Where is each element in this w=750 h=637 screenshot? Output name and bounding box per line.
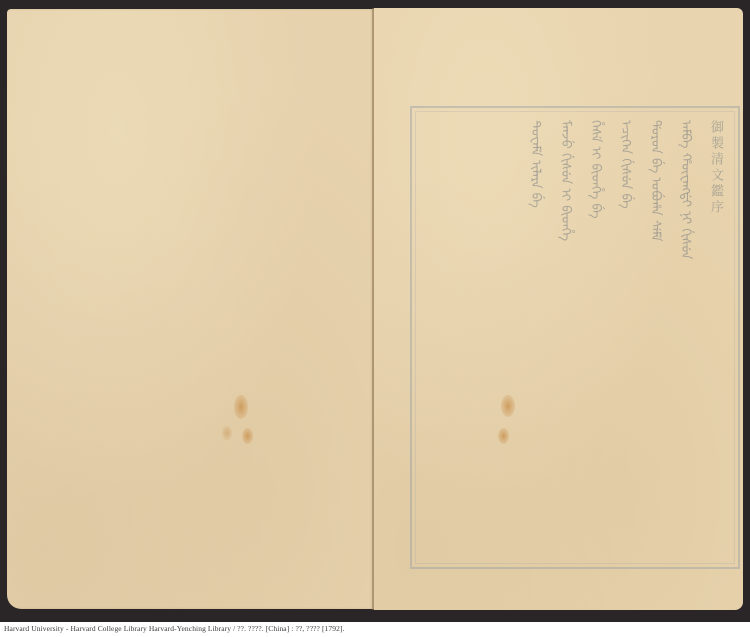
text-column: ᡨᡠᠸᠠᠮᡝ ᡳᠯᠠᡵᠠ ᠪᡝ bbox=[525, 120, 545, 560]
text-column: ᡝᠴᡳᡴᡝᠨ ᡤᡳᠰᡠᠨ ᠪᡝ bbox=[615, 120, 635, 560]
text-column: ᡥᡝᠰᡝ ᡳ ᠪᡳᡨᡥᡝ ᠪᡝ bbox=[585, 120, 605, 560]
vertical-text-block: 御製清文鑑序 ᠠᠮᠪᠠ ᡥᡡᠸᠠᠩᡩᡳ ᠨᡳ ᡤᡳᠰᡠᠨ ᡩᠣᡵᠣᠨ ᠪᡝ ᠣᠪ… bbox=[415, 120, 725, 560]
stain-mark bbox=[222, 426, 232, 440]
book-spine bbox=[372, 8, 374, 610]
citation-caption: Harvard University - Harvard College Lib… bbox=[4, 624, 345, 633]
text-column: 御製清文鑑序 bbox=[705, 120, 725, 560]
document-viewer: 御製清文鑑序 ᠠᠮᠪᠠ ᡥᡡᠸᠠᠩᡩᡳ ᠨᡳ ᡤᡳᠰᡠᠨ ᡩᠣᡵᠣᠨ ᠪᡝ ᠣᠪ… bbox=[0, 0, 750, 637]
stain-mark bbox=[242, 428, 253, 444]
text-column: ᡩᠣᡵᠣᠨ ᠪᡝ ᠣᠪᡠᡥᠠ ᠰᡝᠮᡝ bbox=[645, 120, 665, 560]
scanned-book-spread: 御製清文鑑序 ᠠᠮᠪᠠ ᡥᡡᠸᠠᠩᡩᡳ ᠨᡳ ᡤᡳᠰᡠᠨ ᡩᠣᡵᠣᠨ ᠪᡝ ᠣᠪ… bbox=[0, 0, 750, 622]
text-column: ᠠᠮᠪᠠ ᡥᡡᠸᠠᠩᡩᡳ ᠨᡳ ᡤᡳᠰᡠᠨ bbox=[675, 120, 695, 560]
stain-mark bbox=[234, 395, 248, 419]
left-page bbox=[7, 9, 374, 609]
text-column: ᠮᠠᠨᠵᡠ ᡤᡳᠰᡠᠨ ᡳ ᠪᡳᡨᡥᡝ bbox=[555, 120, 575, 560]
